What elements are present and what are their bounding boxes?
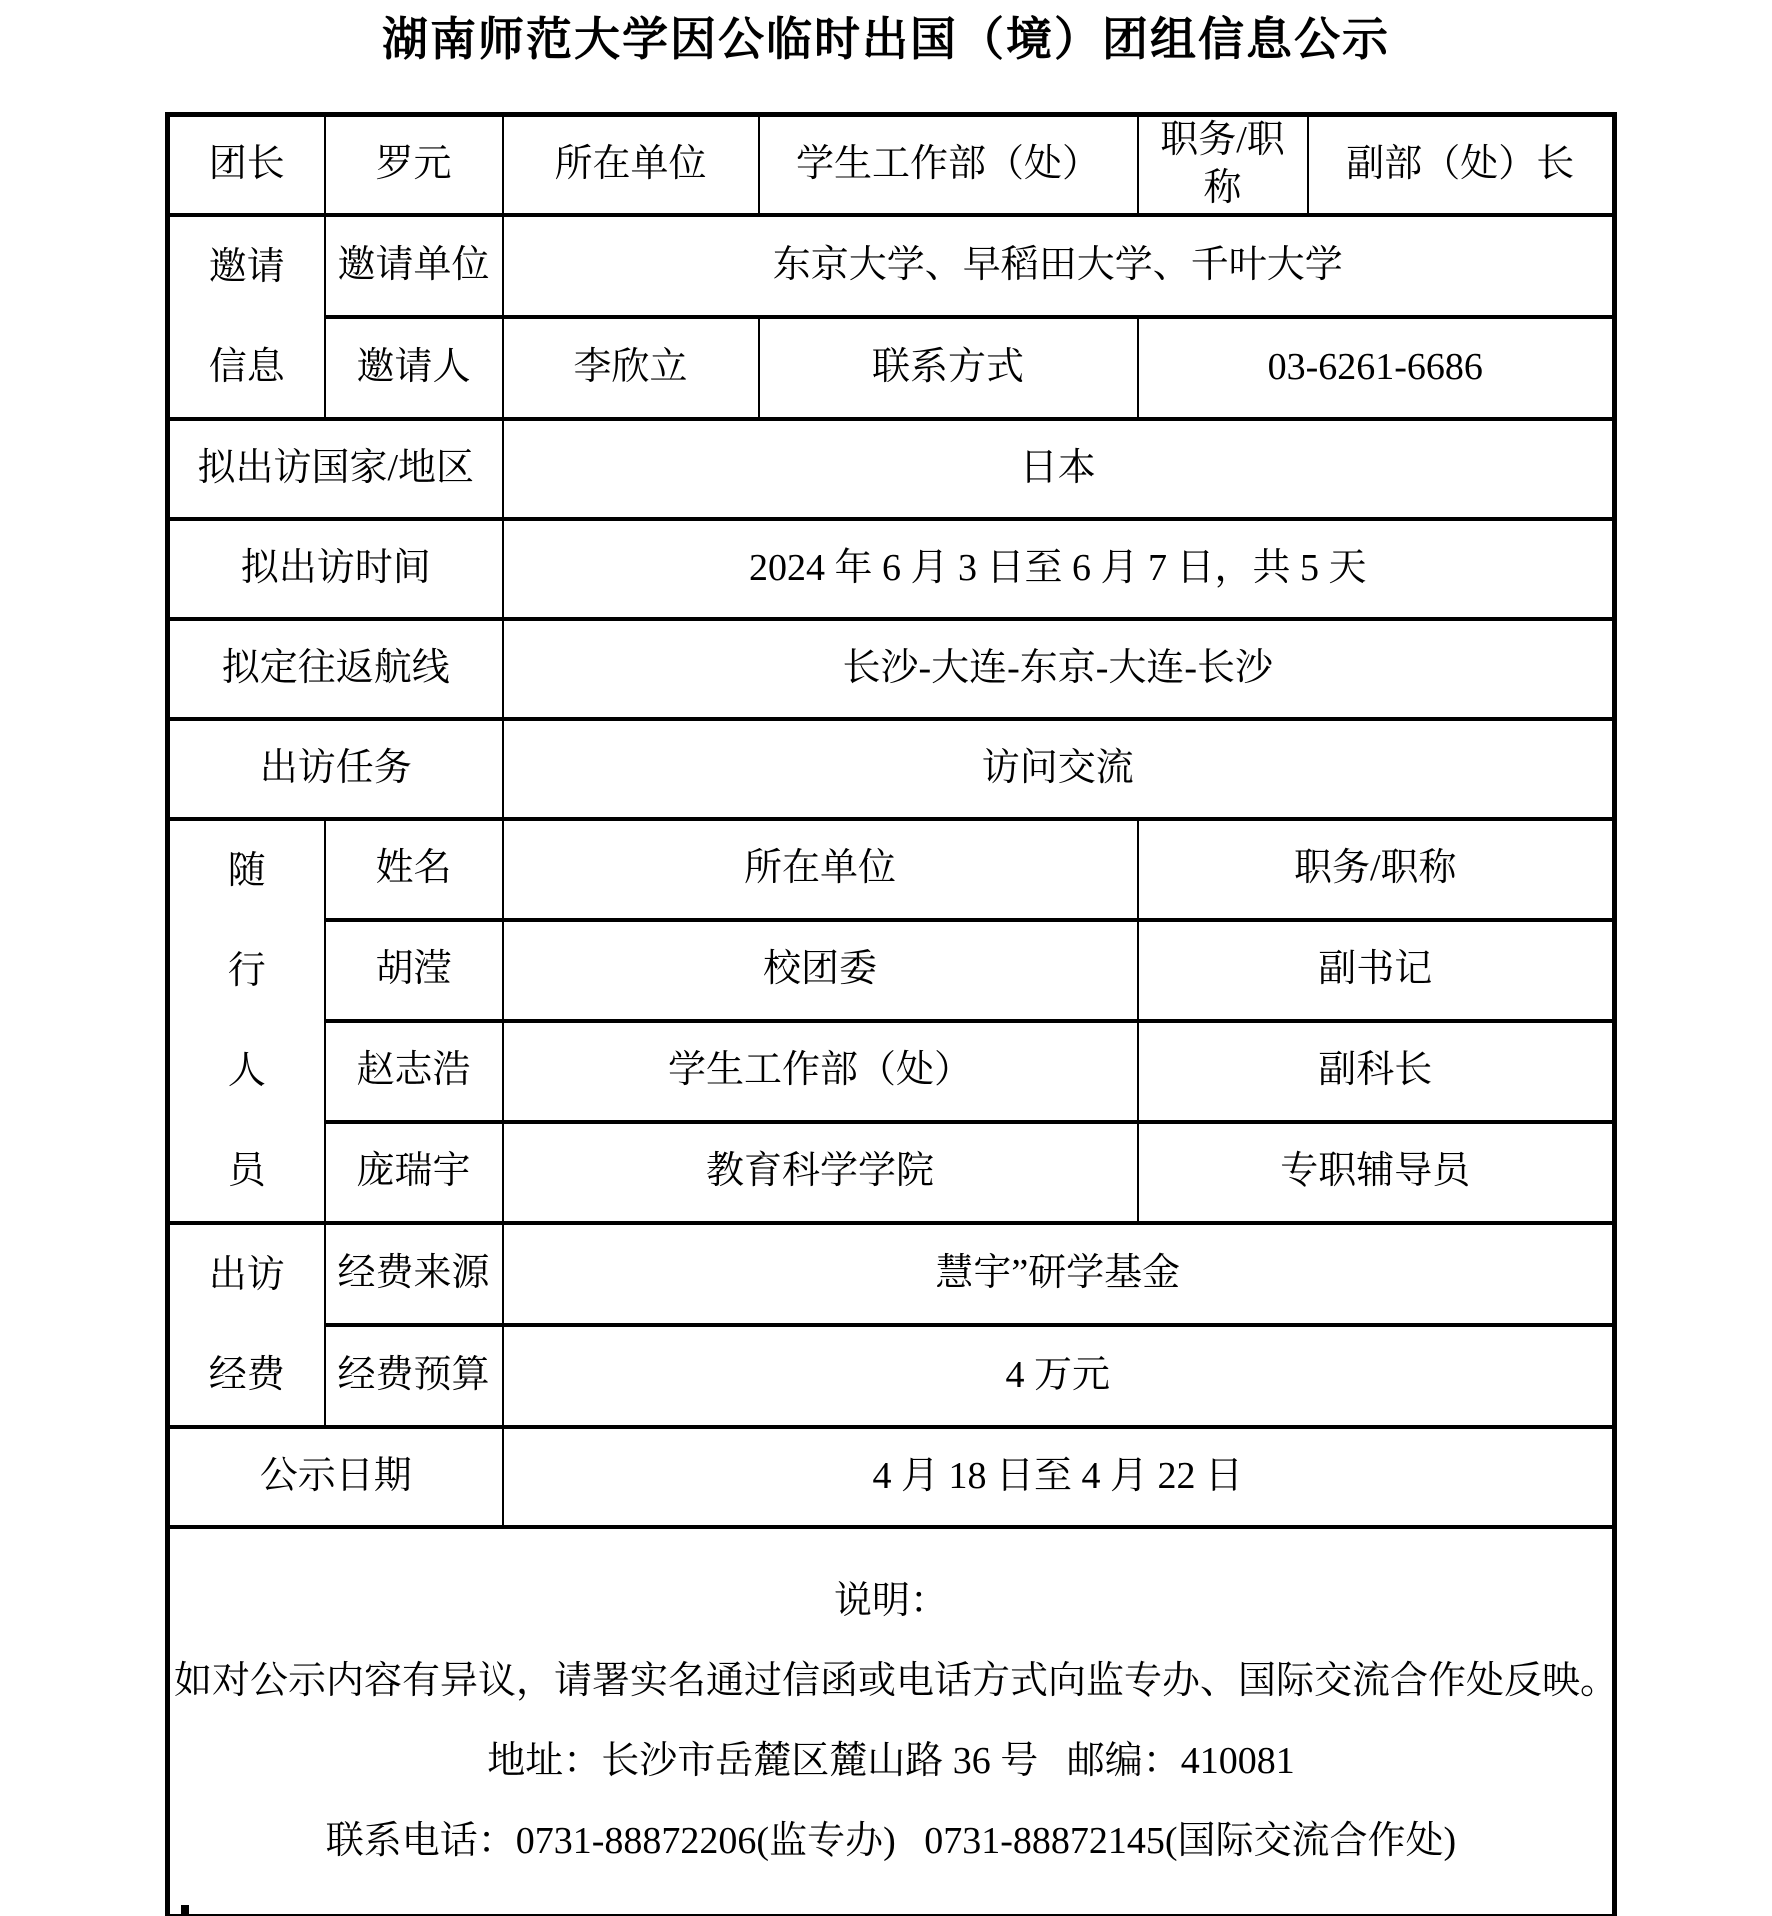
entourage-header-row: 随行人员 姓名 所在单位 职务/职称 [168,819,1615,920]
time-value-cell: 2024 年 6 月 3 日至 6 月 7 日，共 5 天 [503,519,1615,619]
invite-group-label-cell: 邀请信息 [168,215,325,419]
route-label-cell: 拟定往返航线 [168,619,503,719]
country-value-cell: 日本 [503,419,1615,519]
funding-budget-cell: 4 万元 [503,1325,1615,1427]
leader-post-label-cell: 职务/职称 [1138,115,1308,215]
leader-row: 团长 罗元 所在单位 学生工作部（处） 职务/职称 副部（处）长 [168,115,1615,215]
entourage-member-row: 赵志浩 学生工作部（处） 副科长 [168,1021,1615,1122]
leader-unit-label-cell: 所在单位 [503,115,759,215]
invite-contact-cell: 03-6261-6686 [1138,317,1615,419]
task-value-cell: 访问交流 [503,719,1615,819]
note-line-objection: 如对公示内容有异议，请署实名通过信函或电话方式向监专办、国际交流合作处反映。 [174,1641,1608,1721]
time-label-cell: 拟出访时间 [168,519,503,619]
entourage-post-header-cell: 职务/职称 [1138,819,1615,920]
task-row: 出访任务 访问交流 [168,719,1615,819]
funding-source-cell: 慧宇”研学基金 [503,1223,1615,1325]
invite-units-row: 邀请信息 邀请单位 东京大学、早稻田大学、千叶大学 [168,215,1615,317]
entourage-group-label-cell: 随行人员 [168,819,325,1223]
document-page: 湖南师范大学因公临时出国（境）团组信息公示 团长 罗元 所在单位 学生工作部（处… [0,0,1772,1916]
member-unit-cell: 教育科学学院 [503,1122,1138,1223]
funding-source-row: 出访经费 经费来源 慧宇”研学基金 [168,1223,1615,1325]
entourage-name-header-cell: 姓名 [325,819,503,920]
member-unit-cell: 学生工作部（处） [503,1021,1138,1122]
time-row: 拟出访时间 2024 年 6 月 3 日至 6 月 7 日，共 5 天 [168,519,1615,619]
notes-cell: 说明： 如对公示内容有异议，请署实名通过信函或电话方式向监专办、国际交流合作处反… [168,1527,1615,1916]
route-row: 拟定往返航线 长沙-大连-东京-大连-长沙 [168,619,1615,719]
invite-person-row: 邀请人 李欣立 联系方式 03-6261-6686 [168,317,1615,419]
note-line-address: 地址：长沙市岳麓区麓山路 36 号 邮编：410081 [174,1721,1608,1801]
member-unit-cell: 校团委 [503,920,1138,1021]
trip-info-table: 团长 罗元 所在单位 学生工作部（处） 职务/职称 副部（处）长 邀请信息 邀请… [165,112,1617,1916]
notes-row: 说明： 如对公示内容有异议，请署实名通过信函或电话方式向监专办、国际交流合作处反… [168,1527,1615,1916]
page-title: 湖南师范大学因公临时出国（境）团组信息公示 [0,8,1772,72]
route-value-cell: 长沙-大连-东京-大连-长沙 [503,619,1615,719]
publicity-label-cell: 公示日期 [168,1427,503,1527]
member-post-cell: 副书记 [1138,920,1615,1021]
country-row: 拟出访国家/地区 日本 [168,419,1615,519]
leader-name-cell: 罗元 [325,115,503,215]
invite-units-cell: 东京大学、早稻田大学、千叶大学 [503,215,1615,317]
invite-unit-label-cell: 邀请单位 [325,215,503,317]
funding-source-label-cell: 经费来源 [325,1223,503,1325]
member-name-cell: 赵志浩 [325,1021,503,1122]
task-label-cell: 出访任务 [168,719,503,819]
member-name-cell: 庞瑞宇 [325,1122,503,1223]
table-bottom-tick [181,1905,189,1916]
note-line-phones: 联系电话：0731-88872206(监专办) 0731-88872145(国际… [174,1801,1608,1881]
entourage-group-label: 随行人员 [225,821,269,1221]
invite-person-cell: 李欣立 [503,317,759,419]
entourage-member-row: 庞瑞宇 教育科学学院 专职辅导员 [168,1122,1615,1223]
leader-unit-cell: 学生工作部（处） [759,115,1138,215]
funding-group-label-cell: 出访经费 [168,1223,325,1427]
country-label-cell: 拟出访国家/地区 [168,419,503,519]
funding-group-label: 出访经费 [205,1225,289,1425]
invite-contact-label-cell: 联系方式 [759,317,1138,419]
funding-budget-label-cell: 经费预算 [325,1325,503,1427]
entourage-unit-header-cell: 所在单位 [503,819,1138,920]
publicity-row: 公示日期 4 月 18 日至 4 月 22 日 [168,1427,1615,1527]
member-name-cell: 胡滢 [325,920,503,1021]
publicity-value-cell: 4 月 18 日至 4 月 22 日 [503,1427,1615,1527]
invite-group-label: 邀请信息 [205,217,289,417]
entourage-member-row: 胡滢 校团委 副书记 [168,920,1615,1021]
member-post-cell: 副科长 [1138,1021,1615,1122]
funding-budget-row: 经费预算 4 万元 [168,1325,1615,1427]
leader-post-cell: 副部（处）长 [1308,115,1615,215]
note-line-heading: 说明： [174,1561,1608,1641]
leader-label-cell: 团长 [168,115,325,215]
invite-person-label-cell: 邀请人 [325,317,503,419]
member-post-cell: 专职辅导员 [1138,1122,1615,1223]
